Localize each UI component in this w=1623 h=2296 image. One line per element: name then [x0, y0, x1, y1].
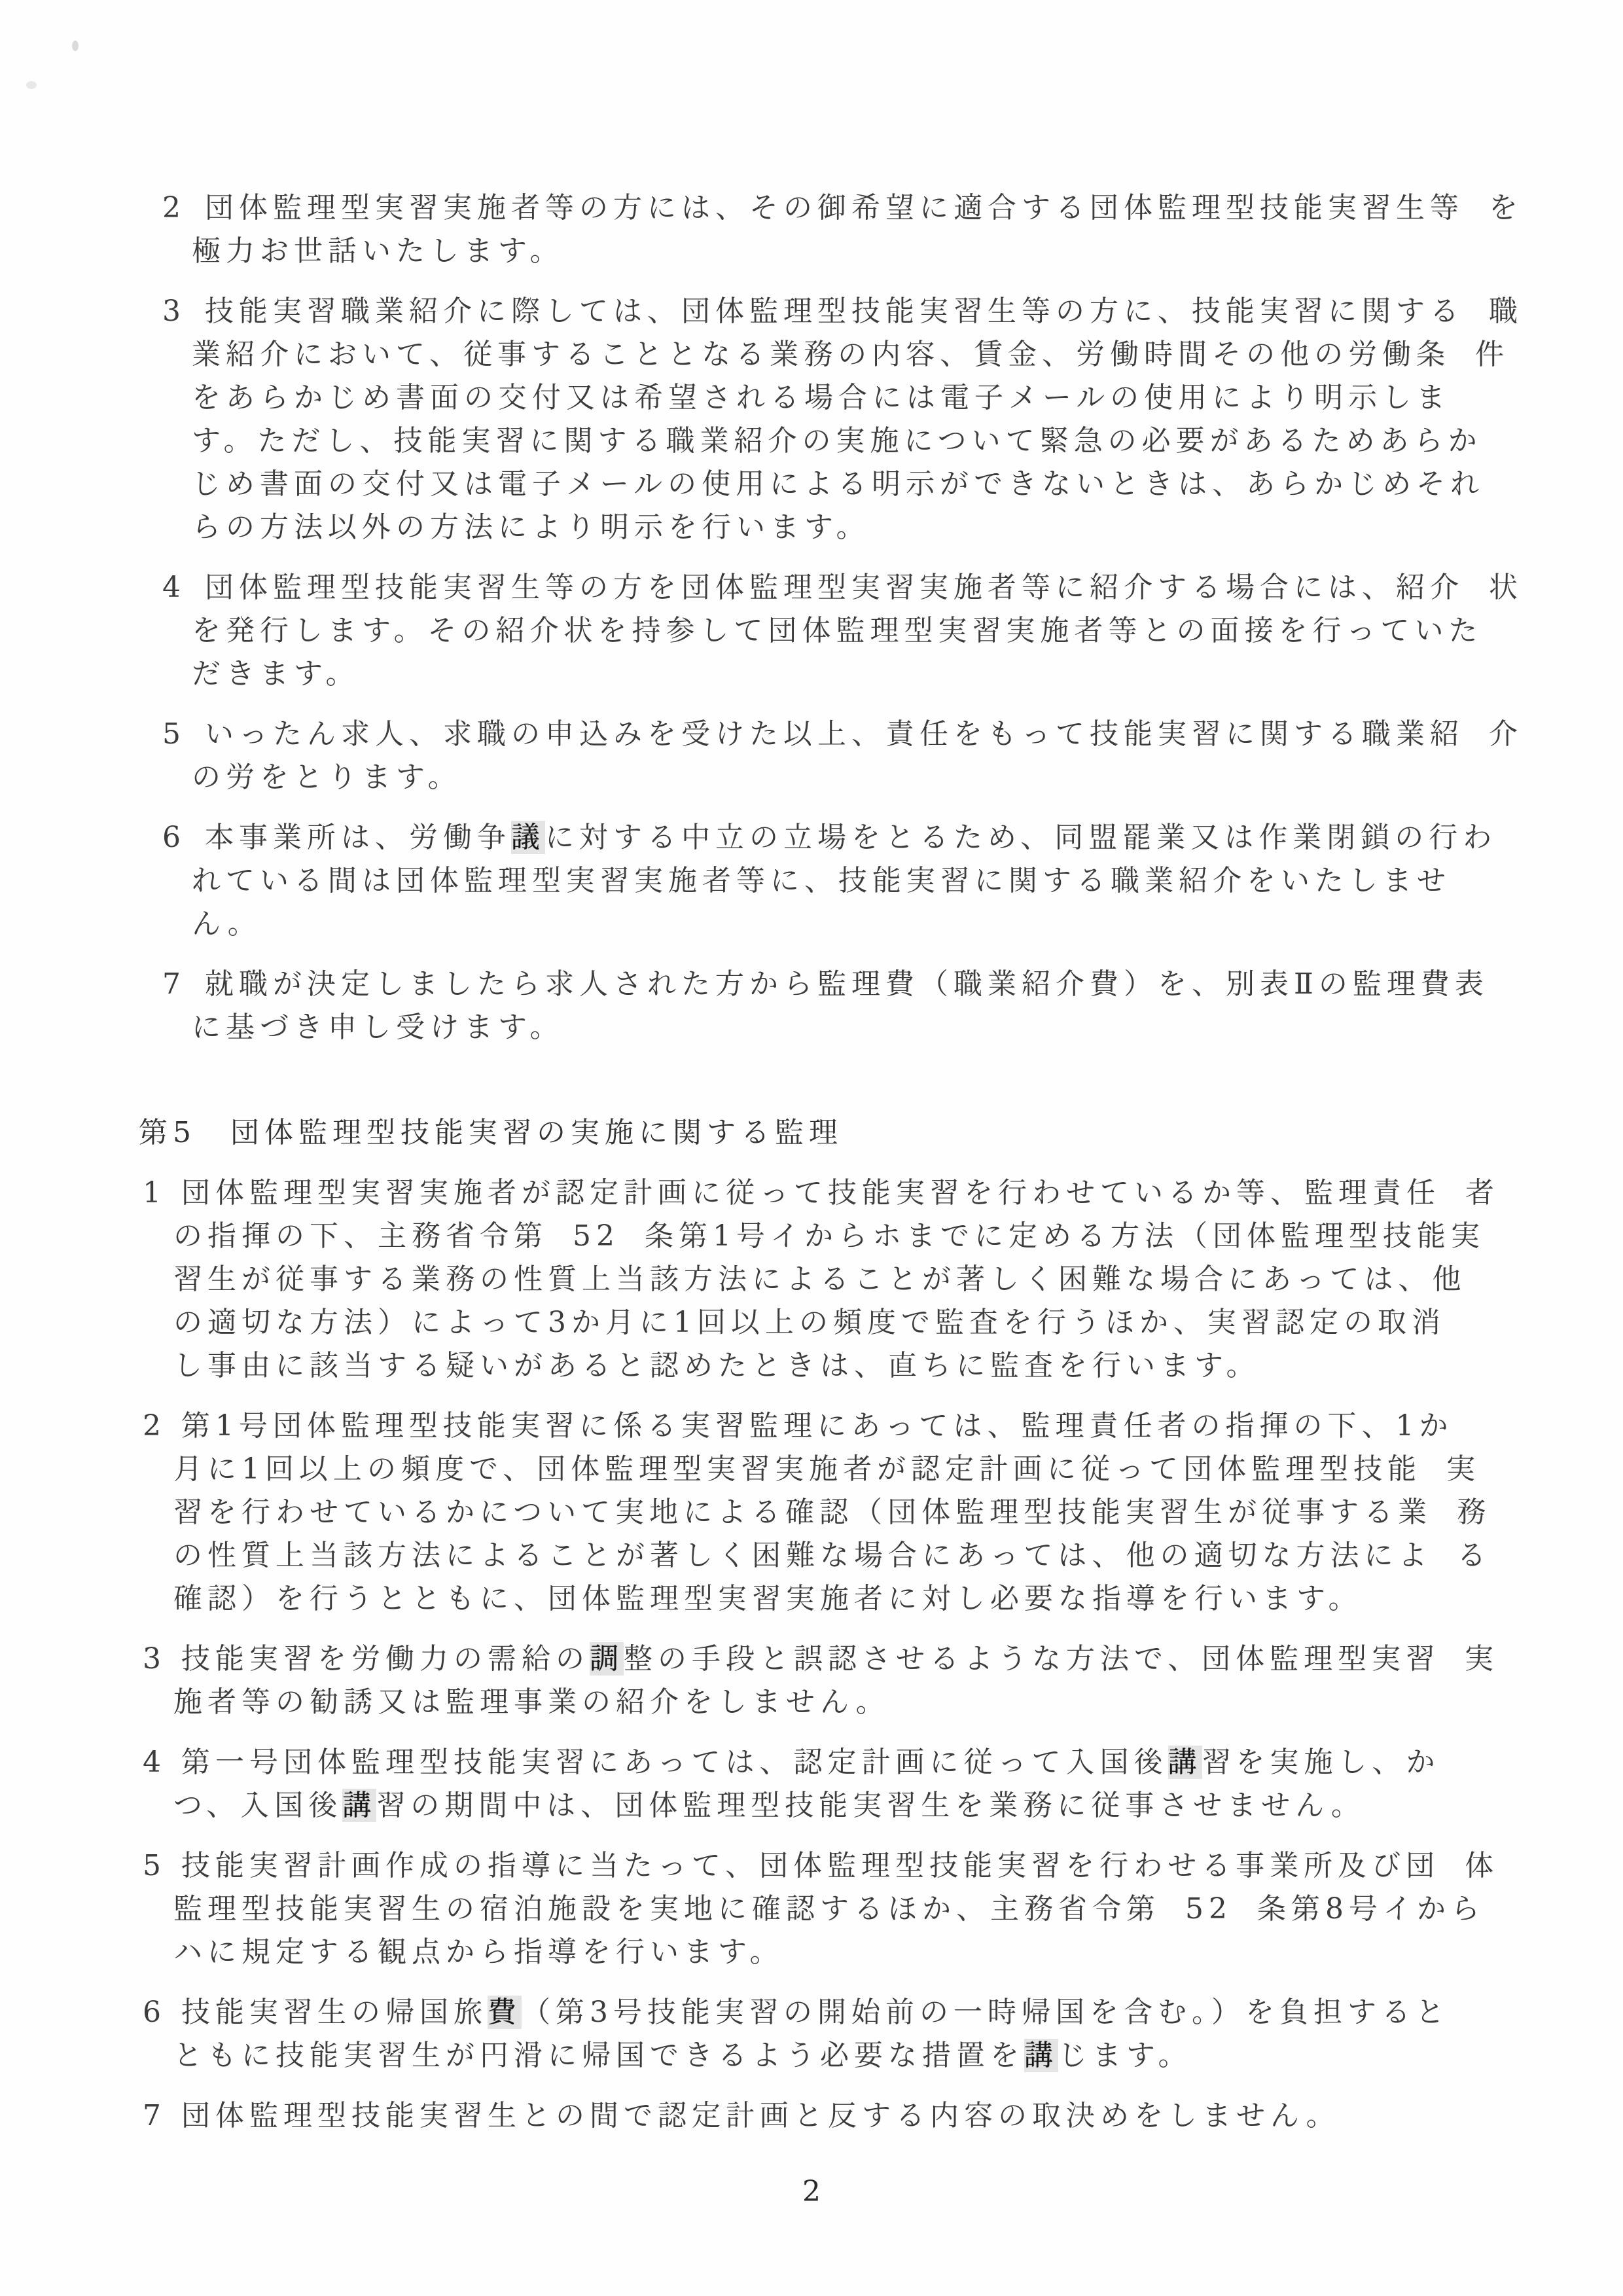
list-item-3: 3技能実習を労働力の需給の調整の手段と誤認させるような方法で、団体監理型実習 実…	[0, 1638, 1623, 1724]
item-number: 7	[143, 2094, 166, 2138]
text-line: 月に1回以上の頻度で、団体監理型実習実施者が認定計画に従って団体監理型技能 実	[173, 1448, 1623, 1491]
text-line: 技能実習計画作成の指導に当たって、団体監理型技能実習を行わせる事業所及び団 体	[173, 1844, 1623, 1888]
text-segment: 整の手段と誤認させるような方法で、団体監理型実習 実	[624, 1642, 1499, 1676]
text-segment: 技能実習生の帰国旅	[181, 1996, 488, 2029]
text-segment: 業紹介において、従事することとなる業務の内容、賃金、労働時間その他の労働条 件	[192, 338, 1509, 371]
scan-speck	[26, 81, 37, 89]
section-5-list: 1団体監理型実習実施者が認定計画に従って技能実習を行わせているか等、監理責任 者…	[0, 1172, 1623, 2138]
text-line: ん。	[192, 903, 1623, 946]
text-line: し事由に該当する疑いがあると認めたときは、直ちに監査を行います。	[173, 1344, 1623, 1388]
text-segment: 団体監理型実習実施者が認定計画に従って技能実習を行わせているか等、監理責任 者	[181, 1176, 1499, 1210]
text-line: じめ書面の交付又は電子メールの使用による明示ができないときは、あらかじめそれ	[192, 463, 1623, 506]
smudged-character: 講	[1168, 1746, 1202, 1779]
text-line: 技能実習職業紹介に際しては、団体監理型技能実習生等の方に、技能実習に関する 職	[192, 290, 1623, 333]
item-number: 7	[162, 963, 186, 1006]
list-item-3: 3技能実習職業紹介に際しては、団体監理型技能実習生等の方に、技能実習に関する 職…	[0, 290, 1623, 549]
text-segment: 団体監理型技能実習生等の方を団体監理型実習実施者等に紹介する場合には、紹介 状	[205, 571, 1523, 604]
section-5-heading: 第5 団体監理型技能実習の実施に関する監理	[139, 1111, 1623, 1155]
text-line: 監理型技能実習生の宿泊施設を実地に確認するほか、主務省令第 52 条第8号イから	[173, 1888, 1623, 1931]
text-segment: 習の期間中は、団体監理型技能実習生を業務に従事させません。	[376, 1789, 1365, 1822]
item-number: 3	[143, 1638, 166, 1681]
text-line: 技能実習を労働力の需給の調整の手段と誤認させるような方法で、団体監理型実習 実	[173, 1638, 1623, 1681]
text-line: を発行します。その紹介状を持参して団体監理型実習実施者等との面接を行っていた	[192, 609, 1623, 653]
text-line: の指揮の下、主務省令第 52 条第1号イからホまでに定める方法（団体監理型技能実	[173, 1215, 1623, 1258]
text-segment: 習を行わせているかについて実地による確認（団体監理型技能実習生が従事する業 務	[173, 1496, 1491, 1529]
text-segment: す。ただし、技能実習に関する職業紹介の実施について緊急の必要があるためあらか	[192, 424, 1482, 457]
text-segment: いったん求人、求職の申込みを受けた以上、責任をもって技能実習に関する職業紹 介	[205, 717, 1523, 751]
text-line: 習生が従事する業務の性質上当該方法によることが著しく困難な場合にあっては、他	[173, 1258, 1623, 1301]
item-number: 4	[162, 566, 186, 609]
text-line: 確認）を行うとともに、団体監理型実習実施者に対し必要な指導を行います。	[173, 1577, 1623, 1621]
text-line: 技能実習生の帰国旅費（第3号技能実習の開始前の一時帰国を含む。）を負担すると	[173, 1991, 1623, 2034]
text-line: の適切な方法）によって3か月に1回以上の頻度で監査を行うほか、実習認定の取消	[173, 1301, 1623, 1344]
page-number: 2	[0, 2170, 1623, 2214]
text-segment: ともに技能実習生が円滑に帰国できるよう必要な措置を	[173, 2039, 1024, 2072]
text-line: 第1号団体監理型技能実習に係る実習監理にあっては、監理責任者の指揮の下、1か	[173, 1405, 1623, 1448]
section-4-continued-list: 2団体監理型実習実施者等の方には、その御希望に適合する団体監理型技能実習生等 を…	[0, 187, 1623, 1049]
item-number: 1	[143, 1172, 166, 1215]
text-line: 習を行わせているかについて実地による確認（団体監理型技能実習生が従事する業 務	[173, 1491, 1623, 1534]
list-item-5: 5技能実習計画作成の指導に当たって、団体監理型技能実習を行わせる事業所及び団 体…	[0, 1844, 1623, 1974]
text-line: の性質上当該方法によることが著しく困難な場合にあっては、他の適切な方法によ る	[173, 1534, 1623, 1577]
list-item-6: 6本事業所は、労働争議に対する中立の立場をとるため、同盟罷業又は作業閉鎖の行われ…	[0, 816, 1623, 946]
item-number: 2	[162, 187, 186, 230]
text-segment: じます。	[1058, 2039, 1192, 2072]
text-segment: を発行します。その紹介状を持参して団体監理型実習実施者等との面接を行っていた	[192, 614, 1482, 647]
text-segment: の適切な方法）によって3か月に1回以上の頻度で監査を行うほか、実習認定の取消	[173, 1306, 1446, 1339]
text-segment: の指揮の下、主務省令第 52 条第1号イからホまでに定める方法（団体監理型技能実	[173, 1219, 1485, 1253]
text-segment: に基づき申し受けます。	[192, 1011, 563, 1044]
text-segment: 習生が従事する業務の性質上当該方法によることが著しく困難な場合にあっては、他	[173, 1263, 1467, 1296]
item-number: 4	[143, 1741, 166, 1784]
text-line: に基づき申し受けます。	[192, 1006, 1623, 1049]
list-item-6: 6技能実習生の帰国旅費（第3号技能実習の開始前の一時帰国を含む。）を負担するとと…	[0, 1991, 1623, 2077]
text-line: 施者等の勧誘又は監理事業の紹介をしません。	[173, 1681, 1623, 1724]
item-number: 6	[143, 1991, 166, 2034]
text-segment: らの方法以外の方法により明示を行います。	[192, 511, 870, 544]
list-item-2: 2団体監理型実習実施者等の方には、その御希望に適合する団体監理型技能実習生等 を…	[0, 187, 1623, 273]
text-segment: 就職が決定しましたら求人された方から監理費（職業紹介費）を、別表Ⅱの監理費表	[205, 967, 1489, 1001]
text-line: らの方法以外の方法により明示を行います。	[192, 506, 1623, 549]
smudged-character: 議	[511, 821, 545, 854]
item-number: 5	[143, 1844, 166, 1888]
text-line: 団体監理型技能実習生等の方を団体監理型実習実施者等に紹介する場合には、紹介 状	[192, 566, 1623, 609]
text-segment: ハに規定する観点から指導を行います。	[173, 1935, 783, 1969]
scanned-document-page: 2団体監理型実習実施者等の方には、その御希望に適合する団体監理型技能実習生等 を…	[0, 0, 1623, 2296]
item-number: 6	[162, 816, 186, 859]
text-line: ハに規定する観点から指導を行います。	[173, 1931, 1623, 1974]
text-line: れている間は団体監理型実習実施者等に、技能実習に関する職業紹介をいたしませ	[192, 859, 1623, 903]
text-line: 団体監理型実習実施者が認定計画に従って技能実習を行わせているか等、監理責任 者	[173, 1172, 1623, 1215]
smudged-character: 講	[342, 1789, 376, 1822]
smudged-character: 調	[590, 1642, 624, 1676]
text-segment: 技能実習を労働力の需給の	[181, 1642, 590, 1676]
text-line: 業紹介において、従事することとなる業務の内容、賃金、労働時間その他の労働条 件	[192, 333, 1623, 376]
text-line: 団体監理型実習実施者等の方には、その御希望に適合する団体監理型技能実習生等 を	[192, 187, 1623, 230]
text-segment: 監理型技能実習生の宿泊施設を実地に確認するほか、主務省令第 52 条第8号イから	[173, 1892, 1485, 1926]
text-segment: ん。	[192, 907, 262, 941]
item-number: 5	[162, 713, 186, 756]
list-item-1: 1団体監理型実習実施者が認定計画に従って技能実習を行わせているか等、監理責任 者…	[0, 1172, 1623, 1388]
text-line: 極力お世話いたします。	[192, 230, 1623, 273]
text-segment: 技能実習職業紹介に際しては、団体監理型技能実習生等の方に、技能実習に関する 職	[205, 295, 1523, 328]
text-segment: つ、入国後	[173, 1789, 342, 1822]
text-segment: だきます。	[192, 657, 359, 691]
text-segment: をあらかじめ書面の交付又は希望される場合には電子メールの使用により明示しま	[192, 381, 1450, 414]
text-segment: 第1号団体監理型技能実習に係る実習監理にあっては、監理責任者の指揮の下、1か	[181, 1409, 1454, 1443]
text-line: 第一号団体監理型技能実習にあっては、認定計画に従って入国後講習を実施し、か	[173, 1741, 1623, 1784]
text-segment: 確認）を行うとともに、団体監理型実習実施者に対し必要な指導を行います。	[173, 1582, 1362, 1615]
item-number: 2	[143, 1405, 166, 1448]
text-segment: 第一号団体監理型技能実習にあっては、認定計画に従って入国後	[181, 1746, 1168, 1779]
text-line: す。ただし、技能実習に関する職業紹介の実施について緊急の必要があるためあらか	[192, 420, 1623, 463]
text-segment: の性質上当該方法によることが著しく困難な場合にあっては、他の適切な方法によ る	[173, 1539, 1491, 1572]
text-segment: 極力お世話いたします。	[192, 234, 563, 268]
text-segment: じめ書面の交付又は電子メールの使用による明示ができないときは、あらかじめそれ	[192, 467, 1484, 501]
text-segment: 技能実習計画作成の指導に当たって、団体監理型技能実習を行わせる事業所及び団 体	[181, 1849, 1499, 1882]
list-item-4: 4第一号団体監理型技能実習にあっては、認定計画に従って入国後講習を実施し、かつ、…	[0, 1741, 1623, 1827]
text-segment: 本事業所は、労働争	[205, 821, 511, 854]
smudged-character: 講	[1024, 2039, 1058, 2072]
text-segment: し事由に該当する疑いがあると認めたときは、直ちに監査を行います。	[173, 1349, 1260, 1382]
text-line: だきます。	[192, 653, 1623, 696]
text-segment: 団体監理型実習実施者等の方には、その御希望に適合する団体監理型技能実習生等 を	[205, 191, 1523, 224]
item-number: 3	[162, 290, 186, 333]
text-line: 本事業所は、労働争議に対する中立の立場をとるため、同盟罷業又は作業閉鎖の行わ	[192, 816, 1623, 859]
text-segment: 団体監理型技能実習生との間で認定計画と反する内容の取決めをしません。	[181, 2099, 1340, 2132]
list-item-5: 5いったん求人、求職の申込みを受けた以上、責任をもって技能実習に関する職業紹 介…	[0, 713, 1623, 799]
text-line: ともに技能実習生が円滑に帰国できるよう必要な措置を講じます。	[173, 2034, 1623, 2077]
text-line: 団体監理型技能実習生との間で認定計画と反する内容の取決めをしません。	[173, 2094, 1623, 2138]
text-segment: （第3号技能実習の開始前の一時帰国を含む。）を負担すると	[522, 1996, 1450, 2029]
list-item-2: 2第1号団体監理型技能実習に係る実習監理にあっては、監理責任者の指揮の下、1か月…	[0, 1405, 1623, 1621]
text-line: をあらかじめ書面の交付又は希望される場合には電子メールの使用により明示しま	[192, 376, 1623, 420]
text-segment: の労をとります。	[192, 761, 461, 794]
scan-speck	[72, 41, 79, 51]
text-segment: 施者等の勧誘又は監理事業の紹介をしません。	[173, 1685, 890, 1719]
text-line: の労をとります。	[192, 756, 1623, 799]
text-line: つ、入国後講習の期間中は、団体監理型技能実習生を業務に従事させません。	[173, 1784, 1623, 1827]
list-item-7: 7団体監理型技能実習生との間で認定計画と反する内容の取決めをしません。	[0, 2094, 1623, 2138]
list-item-7: 7就職が決定しましたら求人された方から監理費（職業紹介費）を、別表Ⅱの監理費表に…	[0, 963, 1623, 1049]
text-segment: 月に1回以上の頻度で、団体監理型実習実施者が認定計画に従って団体監理型技能 実	[173, 1452, 1480, 1486]
list-item-4: 4団体監理型技能実習生等の方を団体監理型実習実施者等に紹介する場合には、紹介 状…	[0, 566, 1623, 696]
text-segment: れている間は団体監理型実習実施者等に、技能実習に関する職業紹介をいたしませ	[192, 864, 1451, 897]
text-line: 就職が決定しましたら求人された方から監理費（職業紹介費）を、別表Ⅱの監理費表	[192, 963, 1623, 1006]
text-segment: に対する中立の立場をとるため、同盟罷業又は作業閉鎖の行わ	[545, 821, 1497, 854]
smudged-character: 費	[488, 1996, 522, 2029]
text-line: いったん求人、求職の申込みを受けた以上、責任をもって技能実習に関する職業紹 介	[192, 713, 1623, 756]
text-segment: 習を実施し、か	[1202, 1746, 1440, 1779]
